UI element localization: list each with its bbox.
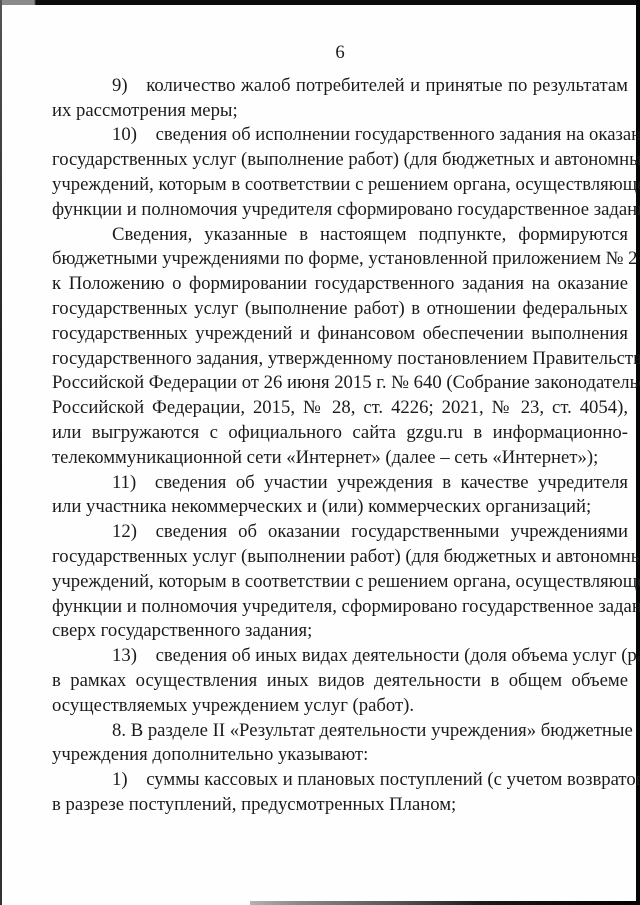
paragraph: 11) сведения об участии учреждения в кач… [52, 471, 628, 521]
paragraph: 8. В разделе II «Результат деятельности … [52, 719, 628, 769]
text-line: в рамках осуществления иных видов деятел… [52, 669, 628, 694]
text-line: учреждения дополнительно указывают: [52, 743, 628, 768]
text-line: в разрезе поступлений, предусмотренных П… [52, 793, 628, 818]
paragraph: 10) сведения об исполнении государственн… [52, 123, 628, 222]
text-line: Российской Федерации от 26 июня 2015 г. … [52, 371, 628, 396]
page-content: 6 9) количество жалоб потребителей и при… [52, 5, 628, 818]
text-line: 13) сведения об иных видах деятельности … [52, 644, 628, 669]
text-line: сверх государственного задания; [52, 619, 628, 644]
text-line: государственных услуг (выполнение работ)… [52, 148, 628, 173]
text-line: 8. В разделе II «Результат деятельности … [52, 719, 628, 744]
scan-edge-bottom [250, 901, 640, 905]
text-line: государственных услуг (выполнение работ)… [52, 297, 628, 322]
text-line: бюджетными учреждениями по форме, устано… [52, 247, 628, 272]
text-line: к Положению о формировании государственн… [52, 272, 628, 297]
text-line: 11) сведения об участии учреждения в кач… [52, 471, 628, 496]
text-line: учреждений, которым в соответствии с реш… [52, 173, 628, 198]
text-line: государственных услуг (выполнении работ)… [52, 545, 628, 570]
text-line: функции и полномочия учредителя сформиро… [52, 198, 628, 223]
page-number: 6 [52, 41, 628, 66]
text-line: государственных учреждений и финансовом … [52, 322, 628, 347]
paragraph: 12) сведения об оказании государственным… [52, 520, 628, 644]
text-line: учреждений, которым в соответствии с реш… [52, 570, 628, 595]
text-line: государственного задания, утвержденному … [52, 347, 628, 372]
document-text: 9) количество жалоб потребителей и приня… [52, 74, 628, 818]
text-line: 1) суммы кассовых и плановых поступлений… [52, 768, 628, 793]
text-line: или выгружаются с официального сайта gzg… [52, 421, 628, 446]
text-line: 9) количество жалоб потребителей и приня… [52, 74, 628, 99]
text-line: осуществляемых учреждением услуг (работ)… [52, 694, 628, 719]
text-line: функции и полномочия учредителя, сформир… [52, 595, 628, 620]
text-line: 12) сведения об оказании государственным… [52, 520, 628, 545]
paragraph: Сведения, указанные в настоящем подпункт… [52, 223, 628, 471]
scan-edge-left [0, 0, 2, 905]
paragraph: 13) сведения об иных видах деятельности … [52, 644, 628, 718]
paragraph: 1) суммы кассовых и плановых поступлений… [52, 768, 628, 818]
document-page: 6 9) количество жалоб потребителей и при… [0, 0, 640, 905]
text-line: 10) сведения об исполнении государственн… [52, 123, 628, 148]
text-line: телекоммуникационной сети «Интернет» (да… [52, 446, 628, 471]
text-line: Российской Федерации, 2015, № 28, ст. 42… [52, 396, 628, 421]
text-line: их рассмотрения меры; [52, 99, 628, 124]
text-line: или участника некоммерческих и (или) ком… [52, 495, 628, 520]
paragraph: 9) количество жалоб потребителей и приня… [52, 74, 628, 124]
text-line: Сведения, указанные в настоящем подпункт… [52, 223, 628, 248]
